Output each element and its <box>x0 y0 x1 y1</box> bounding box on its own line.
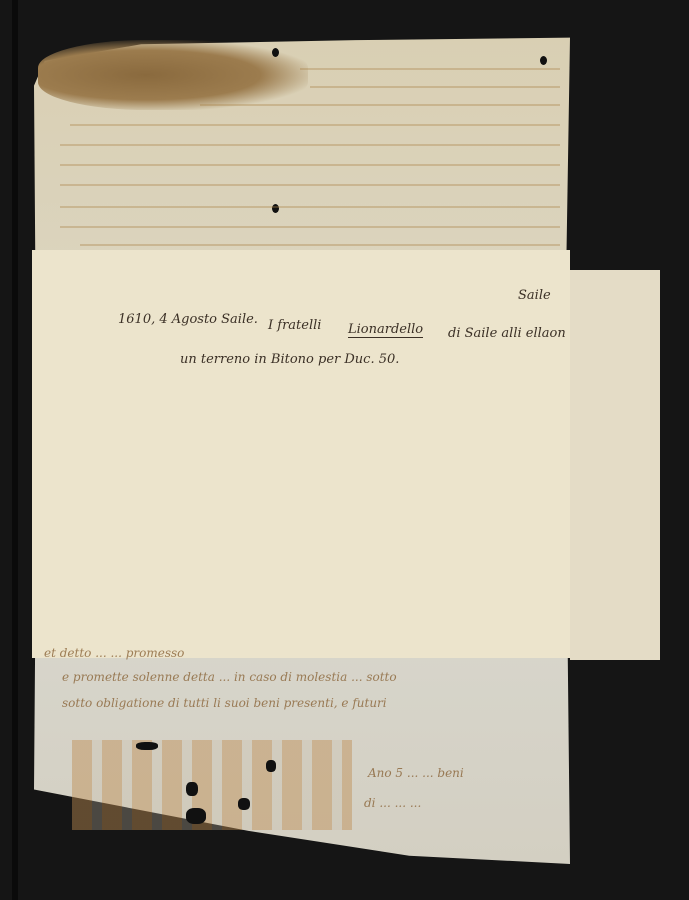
manuscript-line: sotto obligatione di tutti li suoi beni … <box>62 696 387 710</box>
faded-text-line <box>60 184 560 186</box>
faded-text-line <box>70 124 560 126</box>
damage-hole <box>238 798 250 810</box>
damage-hole <box>186 808 206 824</box>
label-name: Lionardello <box>348 322 423 338</box>
damaged-seal-area <box>72 740 352 830</box>
damage-hole <box>136 742 158 750</box>
faded-text-line <box>60 164 560 166</box>
label-corner-word: Saile <box>518 288 551 303</box>
label-text-rest: di Saile alli ellaon <box>448 326 566 341</box>
faded-text-line <box>80 244 560 246</box>
faded-text-line <box>60 206 560 208</box>
faded-text-line <box>310 86 560 88</box>
worm-hole <box>540 56 547 65</box>
worm-hole <box>272 48 279 57</box>
manuscript-line: e promette solenne detta ... in caso di … <box>62 670 397 684</box>
manuscript-line: et detto ... ... promesso <box>44 646 184 660</box>
archival-label-slip <box>32 250 570 658</box>
faded-text-line <box>60 226 560 228</box>
manuscript-line: Ano 5 ... ... beni <box>368 766 464 780</box>
damage-hole <box>266 760 276 772</box>
faded-text-line <box>200 104 560 106</box>
label-slip-right-extension <box>570 270 660 660</box>
faded-text-line <box>60 144 560 146</box>
label-text: I fratelli <box>268 318 321 333</box>
manuscript-line: di ... ... ... <box>364 796 421 810</box>
label-date: 1610, 4 Agosto Saile. <box>118 312 258 327</box>
faded-text-line <box>300 68 560 70</box>
damage-hole <box>186 782 198 796</box>
label-line-2: un terreno in Bitono per Duc. 50. <box>180 352 399 367</box>
folder-spine <box>12 0 18 900</box>
water-stain <box>38 40 308 110</box>
